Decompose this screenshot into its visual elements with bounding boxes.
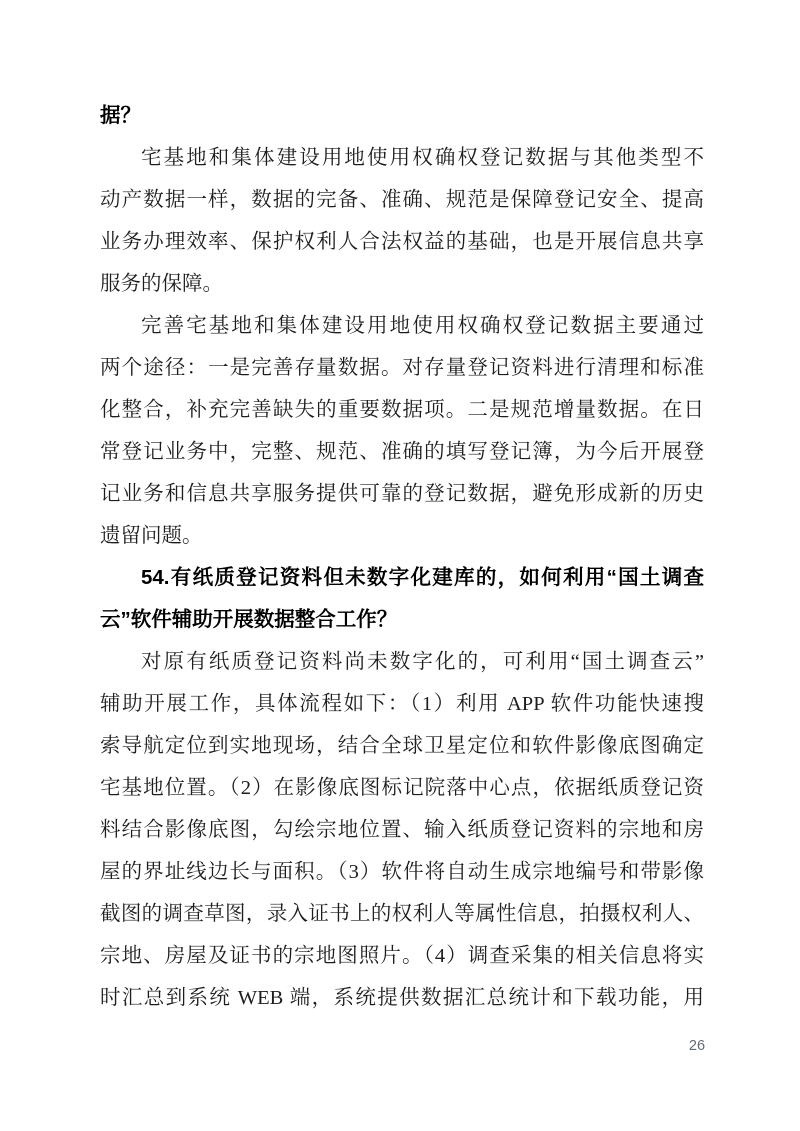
paragraph: 完善宅基地和集体建设用地使用权确权登记数据主要通过两个途径：一是完善存量数据。对…	[100, 305, 704, 557]
text-line: 记业务和信息共享服务提供可靠的登记数据，避免形成新的历史	[100, 473, 704, 515]
paragraph: 对原有纸质登记资料尚未数字化的，可利用“国土调查云”辅助开展工作，具体流程如下：…	[100, 641, 704, 1019]
text-line: 54.有纸质登记资料但未数字化建库的，如何利用“国土调查	[100, 557, 704, 599]
text-line: 完善宅基地和集体建设用地使用权确权登记数据主要通过	[100, 305, 704, 347]
text-line: 截图的调查草图，录入证书上的权利人等属性信息，拍摄权利人、	[100, 893, 704, 935]
text-line: 业务办理效率、保护权利人合法权益的基础，也是开展信息共享	[100, 221, 704, 263]
paragraph: 宅基地和集体建设用地使用权确权登记数据与其他类型不动产数据一样，数据的完备、准确…	[100, 137, 704, 305]
text-line: 对原有纸质登记资料尚未数字化的，可利用“国土调查云”	[100, 641, 704, 683]
text-line: 动产数据一样，数据的完备、准确、规范是保障登记安全、提高	[100, 179, 704, 221]
text-line: 云”软件辅助开展数据整合工作？	[100, 599, 704, 641]
text-line: 宗地、房屋及证书的宗地图照片。（4）调查采集的相关信息将实	[100, 935, 704, 977]
text-line: 辅助开展工作，具体流程如下：（1）利用 APP 软件功能快速搜	[100, 683, 704, 725]
text-line: 索导航定位到实地现场，结合全球卫星定位和软件影像底图确定	[100, 725, 704, 767]
text-line: 料结合影像底图，勾绘宗地位置、输入纸质登记资料的宗地和房	[100, 809, 704, 851]
text-line: 宅基地位置。（2）在影像底图标记院落中心点，依据纸质登记资	[100, 767, 704, 809]
text-line: 服务的保障。	[100, 263, 704, 305]
question-heading: 54.有纸质登记资料但未数字化建库的，如何利用“国土调查云”软件辅助开展数据整合…	[100, 557, 704, 641]
text-line: 化整合，补充完善缺失的重要数据项。二是规范增量数据。在日	[100, 389, 704, 431]
document-page: 据？宅基地和集体建设用地使用权确权登记数据与其他类型不动产数据一样，数据的完备、…	[0, 0, 800, 1131]
text-line: 两个途径：一是完善存量数据。对存量登记资料进行清理和标准	[100, 347, 704, 389]
text-line: 常登记业务中，完整、规范、准确的填写登记簿，为今后开展登	[100, 431, 704, 473]
page-content: 据？宅基地和集体建设用地使用权确权登记数据与其他类型不动产数据一样，数据的完备、…	[100, 95, 704, 1019]
text-line: 据？	[100, 95, 704, 137]
text-line: 时汇总到系统 WEB 端，系统提供数据汇总统计和下载功能，用	[100, 977, 704, 1019]
page-number: 26	[680, 1036, 714, 1056]
heading-tail: 据？	[100, 95, 704, 137]
text-line: 屋的界址线边长与面积。（3）软件将自动生成宗地编号和带影像	[100, 851, 704, 893]
text-line: 遗留问题。	[100, 515, 704, 557]
text-line: 宅基地和集体建设用地使用权确权登记数据与其他类型不	[100, 137, 704, 179]
